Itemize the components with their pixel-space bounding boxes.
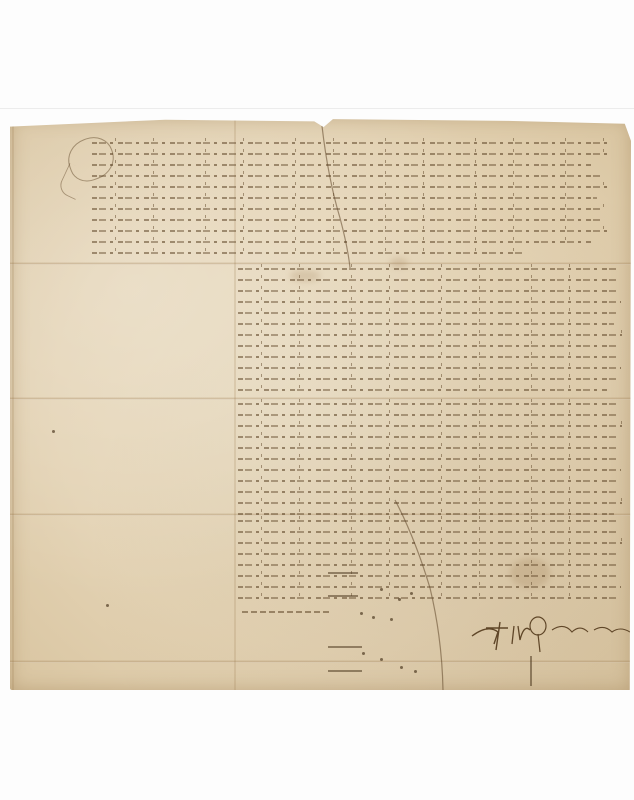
vertical-fold xyxy=(12,118,14,690)
ink-dot xyxy=(398,598,401,601)
ink-dot xyxy=(400,666,403,669)
ink-mark xyxy=(328,646,362,648)
ink-dot xyxy=(410,592,413,595)
text-block-3 xyxy=(238,403,623,524)
ink-dot xyxy=(390,618,393,621)
fold-line xyxy=(10,660,631,663)
ink-mark xyxy=(328,670,362,672)
scan-edge xyxy=(0,108,634,109)
ink-dot xyxy=(414,670,417,673)
ink-dot xyxy=(380,658,383,661)
text-block-opening xyxy=(92,142,623,263)
ink-mark xyxy=(328,572,358,574)
ink-dot xyxy=(372,616,375,619)
closing-line xyxy=(242,611,332,613)
ink-dot xyxy=(360,612,363,615)
notarial-signature xyxy=(468,614,634,654)
ink-dot xyxy=(362,652,365,655)
ink-dot xyxy=(106,604,109,607)
ink-mark xyxy=(530,656,532,686)
ink-dot xyxy=(380,588,383,591)
ink-mark xyxy=(328,595,358,597)
signature-text: [illegible notarial signature] xyxy=(10,118,11,119)
document-text: [illegible medieval manuscript text] xyxy=(10,118,11,119)
text-block-2 xyxy=(238,268,623,400)
ink-dot xyxy=(52,430,55,433)
parchment-document: [illegible medieval manuscript text] xyxy=(10,118,631,690)
scan-background: [illegible medieval manuscript text] xyxy=(0,0,634,800)
text-block-4 xyxy=(238,520,623,608)
